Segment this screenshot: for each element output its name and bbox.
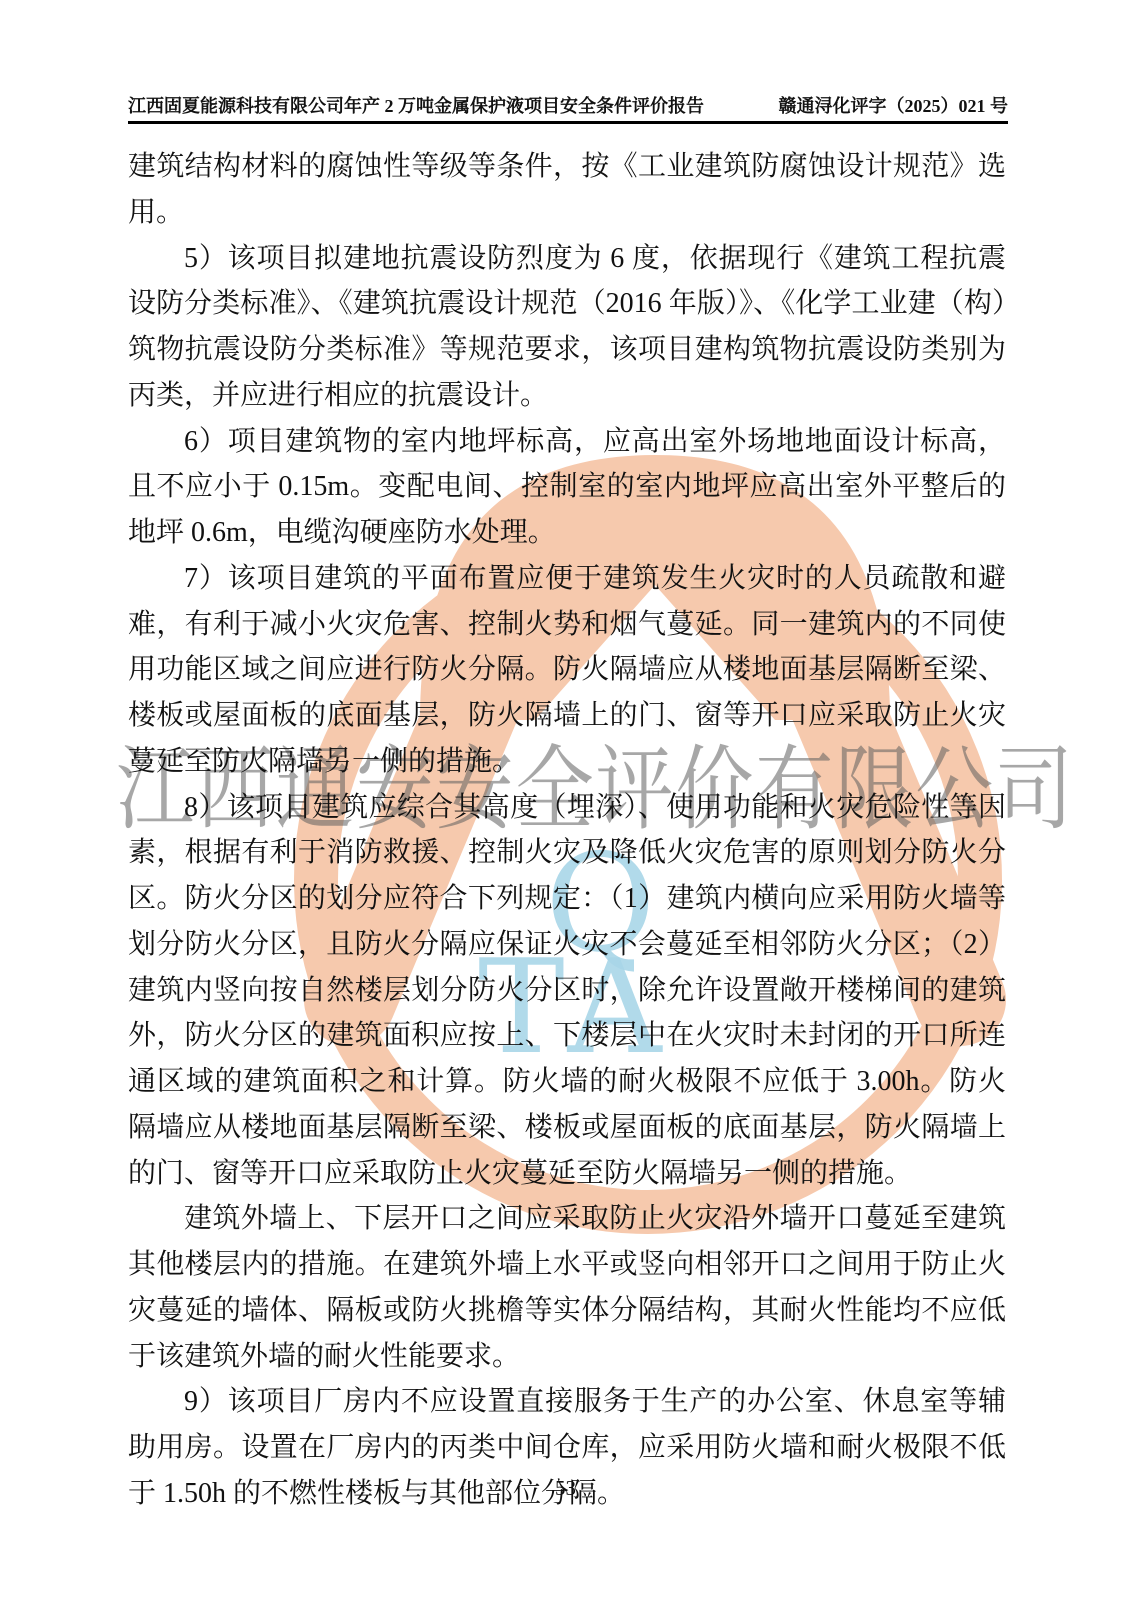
page-number: 53 <box>0 1476 1131 1501</box>
report-body: 建筑结构材料的腐蚀性等级等条件，按《工业建筑防腐蚀设计规范》选用。 5）该项目拟… <box>128 144 1006 1517</box>
header-doc-number: 赣通浔化评字（2025）021 号 <box>779 92 1009 118</box>
header-report-title: 江西固夏能源科技有限公司年产 2 万吨金属保护液项目安全条件评价报告 <box>128 92 704 118</box>
paragraph: 8）该项目建筑应综合其高度（埋深）、使用功能和火灾危险性等因素，根据有利于消防救… <box>128 785 1006 1197</box>
document-page: Q TA 江西通安安全评价有限公司 江西固夏能源科技有限公司年产 2 万吨金属保… <box>0 0 1131 1600</box>
paragraph: 7）该项目建筑的平面布置应便于建筑发生火灾时的人员疏散和避难，有利于减小火灾危害… <box>128 556 1006 785</box>
paragraph: 建筑结构材料的腐蚀性等级等条件，按《工业建筑防腐蚀设计规范》选用。 <box>128 144 1006 236</box>
paragraph: 5）该项目拟建地抗震设防烈度为 6 度，依据现行《建筑工程抗震设防分类标准》、《… <box>128 236 1006 419</box>
page-header: 江西固夏能源科技有限公司年产 2 万吨金属保护液项目安全条件评价报告 赣通浔化评… <box>128 84 1008 124</box>
paragraph: 建筑外墙上、下层开口之间应采取防止火灾沿外墙开口蔓延至建筑其他楼层内的措施。在建… <box>128 1196 1006 1379</box>
paragraph: 6）项目建筑物的室内地坪标高，应高出室外场地地面设计标高，且不应小于 0.15m… <box>128 419 1006 556</box>
